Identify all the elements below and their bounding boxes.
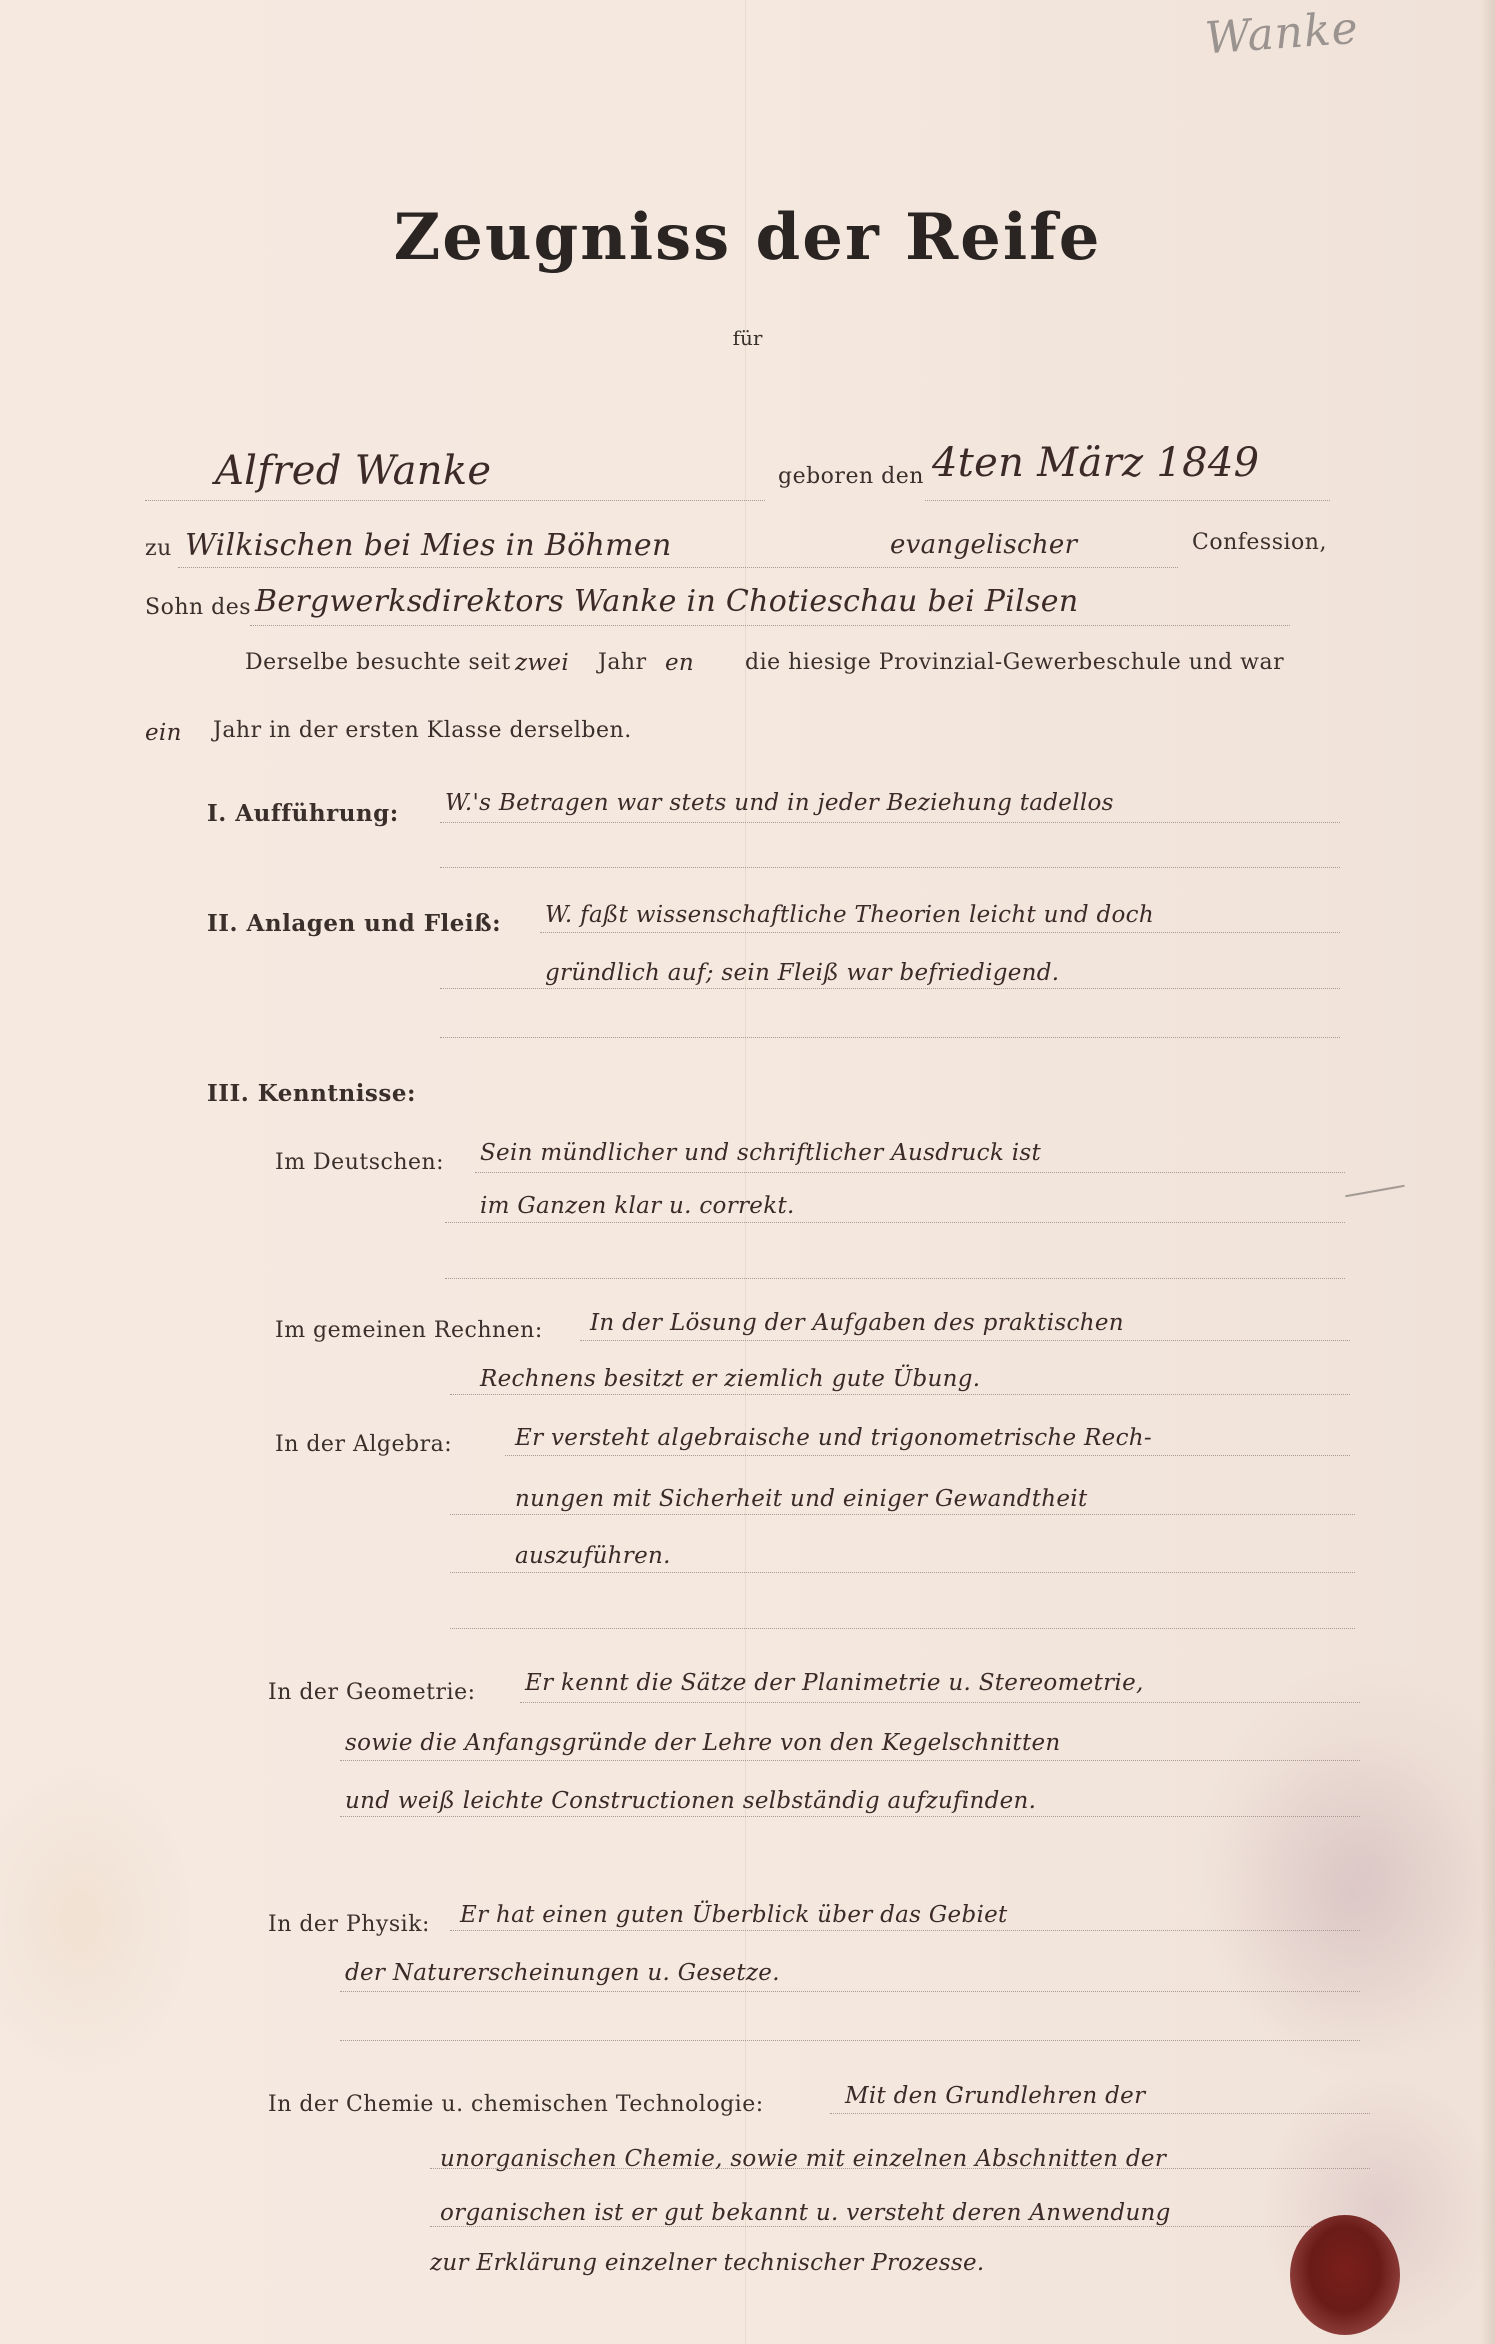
physics-line-2: der Naturerscheinungen u. Gesetze. [345,1960,780,1986]
geometry-line-2: sowie die Anfangsgründe der Lehre von de… [345,1730,1061,1756]
physics-label: In der Physik: [268,1912,430,1937]
chemistry-line-1: Mit den Grundlehren der [845,2083,1145,2109]
attendance-text-1: Derselbe besuchte seit [245,650,511,675]
arithmetic-label: Im gemeinen Rechnen: [275,1318,543,1343]
german-label: Im Deutschen: [275,1150,444,1175]
rule [450,1572,1355,1573]
for-label: für [0,326,1495,350]
algebra-label: In der Algebra: [275,1432,452,1457]
class-years: ein [145,720,182,746]
arithmetic-line-2: Rechnens besitzt er ziemlich gute Übung. [480,1366,980,1392]
father-line [250,625,1290,626]
place-prefix: zu [145,536,172,561]
rule [340,2040,1360,2041]
pencil-annotation: Wanke [1203,3,1360,65]
rule [440,1037,1340,1038]
son-of-label: Sohn des [145,595,251,620]
chemistry-label: In der Chemie u. chemischen Technologie: [268,2092,764,2117]
rule [450,1930,1360,1931]
attendance-years-suffix: en [665,650,694,676]
aptitude-line-1: W. faßt wissenschaftliche Theorien leich… [545,902,1154,928]
rule [450,1628,1355,1629]
rule [340,1991,1360,1992]
stamp-bleed [1210,1730,1490,2060]
birthplace: Wilkischen bei Mies in Böhmen [185,528,672,563]
chemistry-line-4: zur Erklärung einzelner technischer Proz… [430,2250,984,2276]
rule [540,932,1340,933]
born-label: geboren den [778,464,924,489]
knowledge-label: III. Kenntnisse: [207,1080,416,1107]
german-line-2: im Ganzen klar u. correkt. [480,1193,795,1219]
rule [520,1702,1360,1703]
rule [475,1172,1345,1173]
geometry-label: In der Geometrie: [268,1680,476,1705]
physics-line-1: Er hat einen guten Überblick über das Ge… [460,1902,1008,1928]
algebra-line-3: auszuführen. [515,1543,671,1569]
rule [430,2226,1370,2227]
name-line [145,500,765,501]
rule [440,988,1340,989]
arithmetic-line-1: In der Lösung der Aufgaben des praktisch… [590,1310,1124,1336]
rule [450,1514,1355,1515]
attendance-text-4: Jahr in der ersten Klasse derselben. [213,718,632,743]
birth-date: 4ten März 1849 [932,440,1259,486]
attendance-years: zwei [515,650,569,676]
father-description: Bergwerksdirektors Wanke in Chotieschau … [255,584,1078,619]
aptitude-label: II. Anlagen und Fleiß: [207,910,501,937]
german-line-1: Sein mündlicher und schriftlicher Ausdru… [480,1140,1041,1166]
rule [340,1760,1360,1761]
rule [440,822,1340,823]
geometry-line-3: und weiß leichte Constructionen selbstän… [345,1788,1036,1814]
attendance-text-2: Jahr [598,650,647,675]
wax-seal [1290,2215,1400,2335]
birthplace-line [178,567,1178,568]
aptitude-line-2: gründlich auf; sein Fleiß war befriedige… [545,960,1059,986]
algebra-line-1: Er versteht algebraische und trigonometr… [515,1425,1152,1451]
rule [445,1278,1345,1279]
student-name: Alfred Wanke [215,448,491,494]
conduct-line-1: W.'s Betragen war stets und in jeder Bez… [445,790,1114,816]
rule [445,1222,1345,1223]
paper-edge [1481,0,1495,2344]
rule [505,1455,1350,1456]
rule [430,2168,1370,2169]
birth-date-line [925,500,1330,501]
attendance-text-3: die hiesige Provinzial-Gewerbeschule und… [745,650,1284,675]
confession-label: Confession, [1192,530,1327,555]
conduct-label: I. Aufführung: [207,800,399,827]
chemistry-line-3: organischen ist er gut bekannt u. verste… [440,2200,1171,2226]
geometry-line-1: Er kennt die Sätze der Planimetrie u. St… [525,1670,1144,1696]
algebra-line-2: nungen mit Sicherheit und einiger Gewand… [515,1486,1088,1512]
rule [580,1340,1350,1341]
document-title: Zeugniss der Reife [0,200,1495,275]
rule [830,2113,1370,2114]
confession-value: evangelischer [890,530,1077,560]
rule [440,867,1340,868]
rule [340,1816,1360,1817]
rule [450,1394,1350,1395]
